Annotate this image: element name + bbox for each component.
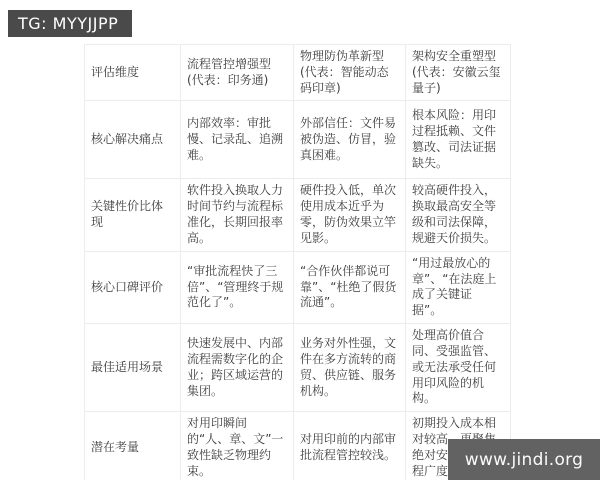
row-label: 评估维度 (85, 45, 181, 101)
table-row: 最佳适用场景 快速发展中、内部流程需数字化的企业；跨区域运营的集团。 业务对外性… (85, 324, 511, 412)
table-cell: 物理防伪革新型 (代表：智能动态码印章) (294, 45, 406, 101)
site-watermark-badge: www.jindi.org (448, 439, 600, 480)
table-cell: “审批流程快了三倍”、“管理终于规范化了”。 (181, 251, 294, 323)
table-cell: 流程管控增强型 (代表：印务通) (181, 45, 294, 101)
table-cell: 对用印瞬间的“人、章、文”一致性缺乏物理约束。 (181, 412, 294, 480)
table-cell: 处理高价值合同、受强监管、或无法承受任何用印风险的机构。 (406, 324, 511, 412)
row-label: 潜在考量 (85, 412, 181, 480)
table-cell: 软件投入换取人力时间节约与流程标准化，长期回报率高。 (181, 179, 294, 251)
table-row: 关键性价比体现 软件投入换取人力时间节约与流程标准化，长期回报率高。 硬件投入低… (85, 179, 511, 251)
table-row: 潜在考量 对用印瞬间的“人、章、文”一致性缺乏物理约束。 对用印前的内部审批流程… (85, 412, 511, 480)
comparison-table: 评估维度 流程管控增强型 (代表：印务通) 物理防伪革新型 (代表：智能动态码印… (84, 44, 511, 480)
table-cell: 架构安全重塑型 (代表：安徽云玺量子) (406, 45, 511, 101)
table-row: 评估维度 流程管控增强型 (代表：印务通) 物理防伪革新型 (代表：智能动态码印… (85, 45, 511, 101)
row-label: 最佳适用场景 (85, 324, 181, 412)
table-cell: 快速发展中、内部流程需数字化的企业；跨区域运营的集团。 (181, 324, 294, 412)
row-label: 关键性价比体现 (85, 179, 181, 251)
table-cell: “用过最放心的章”、“在法庭上成了关键证据”。 (406, 251, 511, 323)
page: TG: MYYJJPP 评估维度 流程管控增强型 (代表：印务通) 物理防伪革新… (0, 0, 600, 480)
comparison-table-container: 评估维度 流程管控增强型 (代表：印务通) 物理防伪革新型 (代表：智能动态码印… (84, 44, 510, 480)
table-cell: 内部效率：审批慢、记录乱、追溯难。 (181, 101, 294, 179)
row-label: 核心解决痛点 (85, 101, 181, 179)
table-row: 核心口碑评价 “审批流程快了三倍”、“管理终于规范化了”。 “合作伙伴都说可靠”… (85, 251, 511, 323)
table-cell: “合作伙伴都说可靠”、“杜绝了假货流通”。 (294, 251, 406, 323)
table-cell: 外部信任：文件易被伪造、仿冒，验真困难。 (294, 101, 406, 179)
table-cell: 根本风险：用印过程抵赖、文件篡改、司法证据缺失。 (406, 101, 511, 179)
table-cell: 较高硬件投入，换取最高安全等级和司法保障，规避天价损失。 (406, 179, 511, 251)
table-cell: 对用印前的内部审批流程管控较浅。 (294, 412, 406, 480)
tg-watermark-badge: TG: MYYJJPP (8, 10, 132, 37)
table-row: 核心解决痛点 内部效率：审批慢、记录乱、追溯难。 外部信任：文件易被伪造、仿冒，… (85, 101, 511, 179)
row-label: 核心口碑评价 (85, 251, 181, 323)
table-cell: 硬件投入低，单次使用成本近乎为零，防伪效果立竿见影。 (294, 179, 406, 251)
table-cell: 业务对外性强，文件在多方流转的商贸、供应链、服务机构。 (294, 324, 406, 412)
